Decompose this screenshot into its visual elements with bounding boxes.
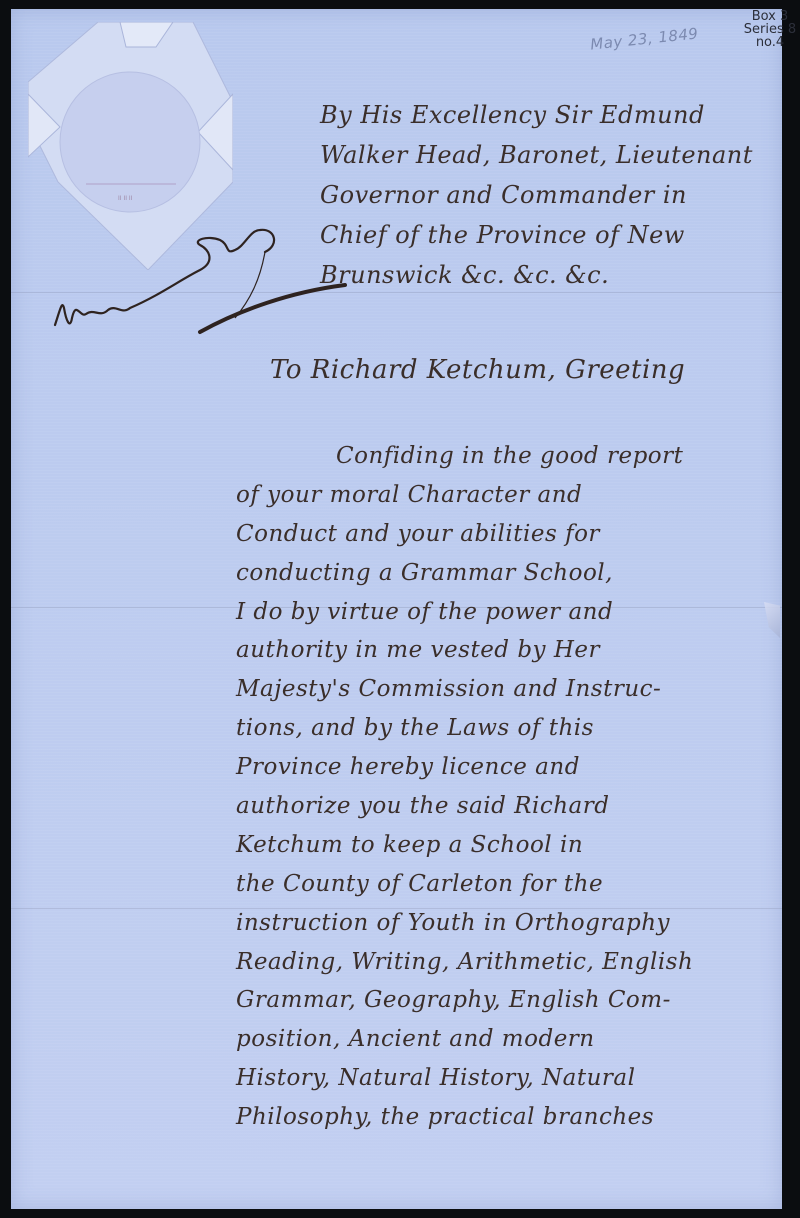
body-line: I do by virtue of the power and — [236, 593, 796, 632]
body-line: conducting a Grammar School, — [236, 554, 796, 593]
greeting-text: To Richard Ketchum, Greeting — [270, 355, 790, 385]
heading-line: Walker Head, Baronet, Lieutenant — [320, 135, 790, 175]
body-line: Province hereby licence and — [236, 748, 796, 787]
greeting-line: To Richard Ketchum, Greeting — [270, 355, 790, 385]
body-line: Grammar, Geography, English Com- — [236, 981, 796, 1020]
body-line: of your moral Character and — [236, 476, 796, 515]
body-line: authorize you the said Richard — [236, 787, 796, 826]
heading-line: By His Excellency Sir Edmund — [320, 95, 790, 135]
heading-line: Governor and Commander in — [320, 175, 790, 215]
body-line: Philosophy, the practical branches — [236, 1098, 796, 1137]
heading-line: Chief of the Province of New — [320, 215, 790, 255]
document-heading: By His Excellency Sir Edmund Walker Head… — [320, 95, 790, 295]
body-line: Majesty's Commission and Instruc- — [236, 670, 796, 709]
body-line: position, Ancient and modern — [236, 1020, 796, 1059]
governor-signature — [50, 200, 350, 340]
body-line: instruction of Youth in Orthography — [236, 904, 796, 943]
body-line: Ketchum to keep a School in — [236, 826, 796, 865]
archive-number: no.4 — [740, 36, 800, 49]
heading-line: Brunswick &c. &c. &c. — [320, 255, 790, 295]
document-body: Confiding in the good report of your mor… — [236, 437, 796, 1137]
body-line: Reading, Writing, Arithmetic, English — [236, 943, 796, 982]
body-line: the County of Carleton for the — [236, 865, 796, 904]
body-line: Confiding in the good report — [236, 437, 796, 476]
body-line: Conduct and your abilities for — [236, 515, 796, 554]
body-line: tions, and by the Laws of this — [236, 709, 796, 748]
body-line: History, Natural History, Natural — [236, 1059, 796, 1098]
body-line: authority in me vested by Her — [236, 631, 796, 670]
archive-reference-note: Box 3 Series 8 no.4 — [740, 10, 800, 49]
